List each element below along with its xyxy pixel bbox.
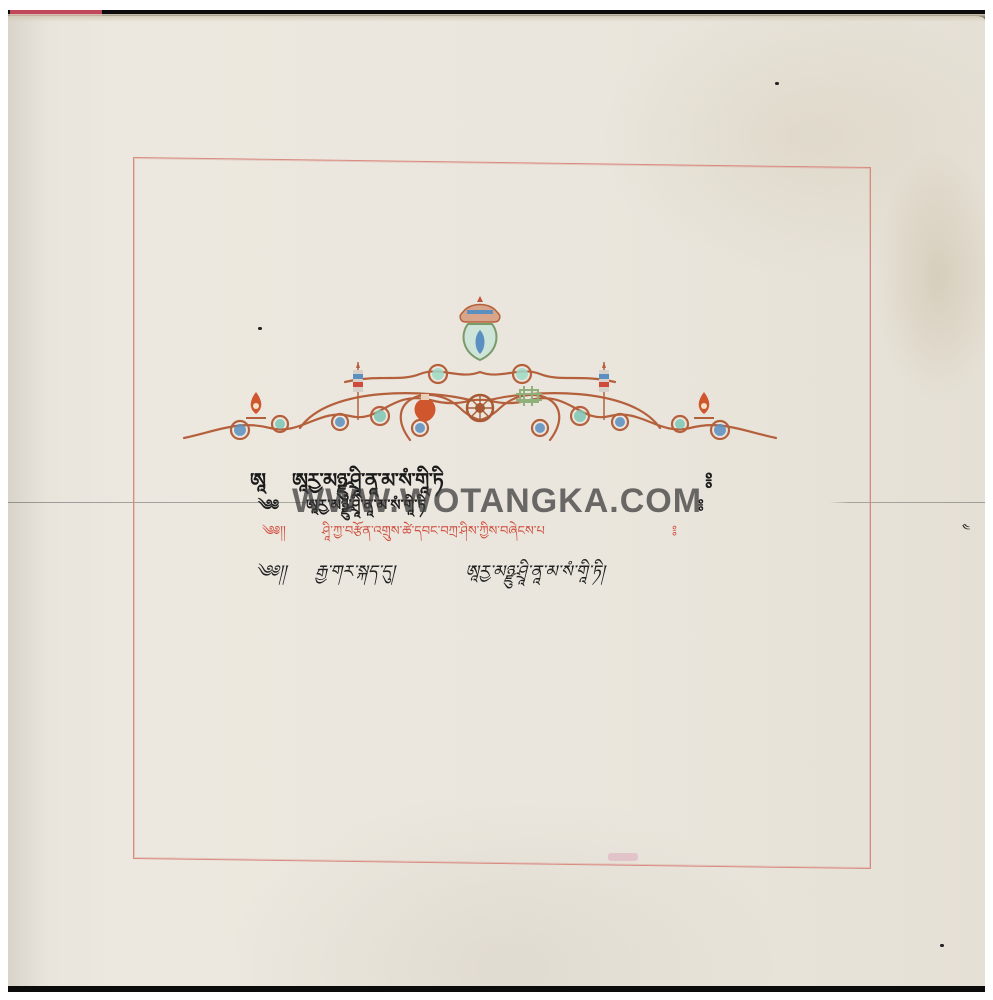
flaming-jewel-right-icon: [694, 392, 714, 418]
line-end-mark: ༔: [705, 458, 712, 514]
flaming-jewel-left-icon: [246, 392, 266, 418]
watermark: WWW.WOTANGKA.COM: [292, 482, 702, 521]
ink-speck: [258, 327, 262, 330]
ink-speck: [775, 82, 779, 85]
line-text: ཤཱི་ཀྱ་བརྩོན་འགྲུས་ཚེ་དབང་བཀྲ་ཤིས་ཀྱིས་བ…: [322, 516, 545, 553]
line-end-mark: ༔: [672, 516, 677, 553]
parasol-crown-icon: [460, 296, 500, 360]
line-text-a: རྒྱ་གར་སྐད་དུ།: [315, 552, 395, 600]
ornamental-header: [180, 290, 780, 450]
victory-banner-left-icon: [353, 362, 363, 420]
frame-stain: [608, 853, 638, 861]
margin-folio-mark: ༤: [962, 515, 970, 549]
ink-speck: [940, 944, 944, 947]
line-lead-mark: ༄༅།།: [255, 552, 286, 600]
line-lead-mark: ༄༅།།: [262, 516, 286, 553]
victory-banner-right-icon: [599, 362, 609, 420]
dharma-wheel-icon: [467, 395, 493, 421]
page-top-edge: [8, 14, 985, 22]
line-text-b: ཨཱརྱ་མཉྫུ་ཤྲཱི་ནཱ་མ་སཾ་གཱི་ཏི།: [465, 552, 605, 600]
